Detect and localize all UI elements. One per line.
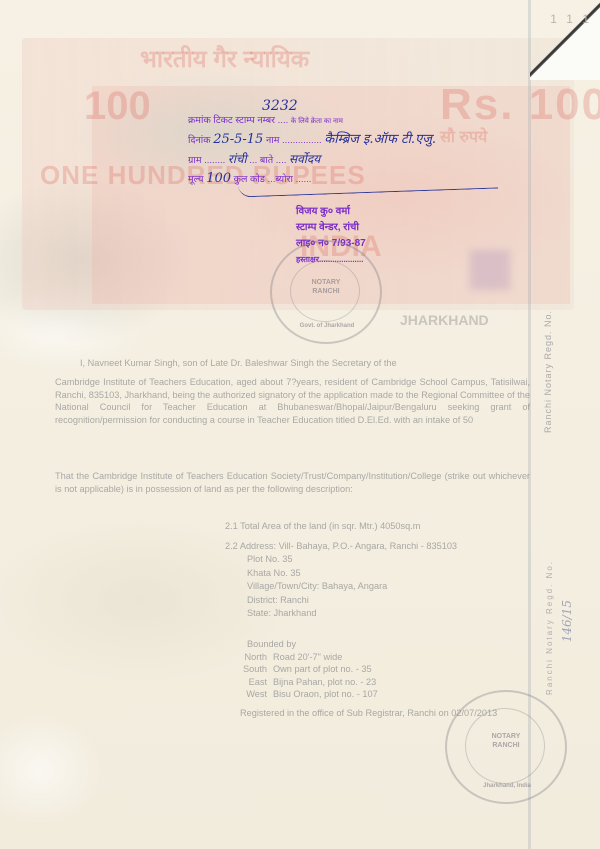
land-subitem: District: Ranchi bbox=[225, 594, 525, 608]
boundary-row: East Bijna Pahan, plot no. - 23 bbox=[225, 676, 525, 689]
affidavit-para2: That the Cambridge Institute of Teachers… bbox=[55, 470, 530, 495]
boundaries: Bounded by North Road 20'-7" wide South … bbox=[225, 638, 525, 701]
boundary-desc: Own part of plot no. - 35 bbox=[273, 663, 372, 676]
vendor-title: स्टाम्प वेन्डर, रांची bbox=[296, 220, 366, 236]
seal-ring-text: Jharkhand, India bbox=[469, 782, 545, 791]
boundary-dir: East bbox=[225, 676, 273, 689]
land-description: 2.1 Total Area of the land (in sqr. Mtr.… bbox=[225, 520, 525, 621]
seal-label: NOTARY bbox=[302, 278, 350, 287]
land-item: 2.1 Total Area of the land (in sqr. Mtr.… bbox=[225, 520, 525, 534]
corner-text: 1 1 1 bbox=[550, 12, 592, 26]
land-subitem: State: Jharkhand bbox=[225, 607, 525, 621]
seal-sub: RANCHI bbox=[302, 287, 350, 296]
boundary-dir: West bbox=[225, 688, 273, 701]
date-value: 25-5-15 bbox=[213, 132, 263, 147]
affidavit-para1-cont: Cambridge Institute of Teachers Educatio… bbox=[55, 376, 530, 426]
bounded-label: Bounded by bbox=[225, 638, 525, 651]
stamp-denomination: Rs. 100 bbox=[440, 80, 600, 130]
boundary-row: West Bisu Oraon, plot no. - 107 bbox=[225, 688, 525, 701]
stamp-state: JHARKHAND bbox=[400, 312, 489, 328]
margin-stamp-text: Ranchi Notary Regd. No. bbox=[543, 310, 553, 433]
ink-smudge bbox=[470, 250, 510, 290]
name-field-label: नाम ............... bbox=[266, 135, 322, 146]
stamp-denomination-left: 100 bbox=[84, 84, 151, 129]
boundary-desc: Bijna Pahan, plot no. - 23 bbox=[273, 676, 376, 689]
value-amount: 100 bbox=[206, 171, 231, 186]
seal-sub: RANCHI bbox=[481, 741, 531, 750]
registration-note: Registered in the office of Sub Registra… bbox=[240, 707, 540, 720]
boundary-dir: North bbox=[225, 651, 273, 664]
notary-seal-top: NOTARY RANCHI Govt. of Jharkhand bbox=[270, 240, 382, 344]
boundary-row: North Road 20'-7" wide bbox=[225, 651, 525, 664]
boundary-desc: Bisu Oraon, plot no. - 107 bbox=[273, 688, 378, 701]
buyer-name: कैम्ब्रिज इ.ऑफ टी.एजु. bbox=[324, 132, 436, 147]
vendor-name: विजय कु० वर्मा bbox=[296, 204, 366, 220]
boundary-desc: Road 20'-7" wide bbox=[273, 651, 342, 664]
margin-handwritten-note: 146/15 bbox=[560, 600, 574, 642]
vendor-stamp: क्रमांक टिकट स्टाम्प नम्बर .... के लिये … bbox=[188, 98, 436, 189]
land-subitem: Plot No. 35 bbox=[225, 553, 525, 567]
seal-ring-text: Govt. of Jharkhand bbox=[292, 322, 362, 331]
boundary-row: South Own part of plot no. - 35 bbox=[225, 663, 525, 676]
margin-stamp-text-lower: Ranchi Notary Regd. No. bbox=[545, 560, 554, 695]
boundary-dir: South bbox=[225, 663, 273, 676]
seal-label: NOTARY bbox=[481, 732, 531, 741]
land-item: 2.2 Address: Vill- Bahaya, P.O.- Angara,… bbox=[225, 540, 525, 554]
purpose-value: सर्वोदय bbox=[289, 152, 320, 166]
land-subitem: Village/Town/City: Bahaya, Angara bbox=[225, 580, 525, 594]
stamp-denomination-words-hindi: सौ रुपये bbox=[440, 125, 487, 147]
value-label: मूल्य bbox=[188, 174, 204, 185]
stamp-line1-label: क्रमांक टिकट स्टाम्प नम्बर .... bbox=[188, 115, 288, 126]
date-label: दिनांक bbox=[188, 135, 211, 146]
stamp-line1-tail: के लिये क्रेता का नाम bbox=[291, 118, 343, 125]
land-subitem: Khata No. 35 bbox=[225, 567, 525, 581]
purpose-label: ... बाते .... bbox=[249, 155, 286, 166]
village-value: रांची bbox=[228, 152, 247, 166]
stamp-header-hindi: भारतीय गैर न्यायिक bbox=[140, 42, 309, 75]
affidavit-para1: I, Navneet Kumar Singh, son of Late Dr. … bbox=[80, 357, 530, 370]
village-label: ग्राम ........ bbox=[188, 155, 225, 166]
document-page: भारतीय गैर न्यायिक 100 Rs. 100 सौ रुपये … bbox=[0, 0, 600, 849]
